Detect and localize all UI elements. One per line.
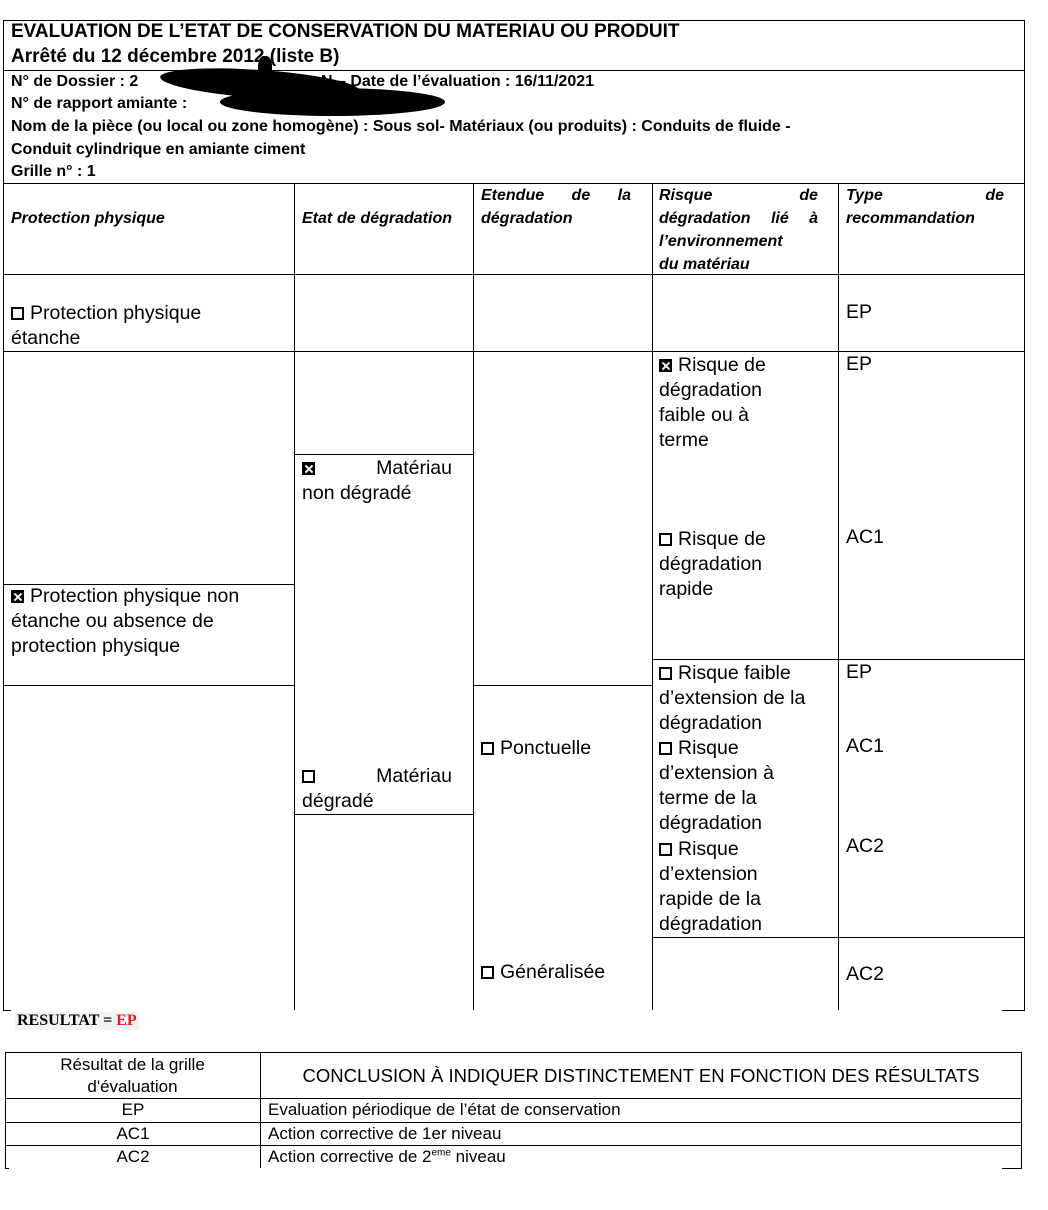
- checkbox-unchecked-icon[interactable]: [11, 307, 24, 320]
- option-extension-terme[interactable]: Risque d’extension à terme de la dégrada…: [659, 736, 799, 836]
- checkbox-unchecked-icon[interactable]: [302, 770, 315, 783]
- grid-number: Grille n° : 1: [11, 161, 96, 184]
- checkbox-unchecked-icon[interactable]: [659, 742, 672, 755]
- option-extension-faible[interactable]: Risque faible d’extension de la dégradat…: [659, 661, 819, 736]
- col-header-reco-l2: recommandation: [846, 207, 1004, 230]
- col-header-etendue-l2: dégradation: [481, 207, 631, 230]
- checkbox-checked-icon[interactable]: [11, 590, 24, 603]
- row-divider: [652, 937, 1025, 938]
- col-header-risque-l3: l’environnement: [659, 230, 818, 253]
- result-summary: RESULTAT = EP: [15, 1012, 139, 1030]
- redaction-mark: [220, 88, 445, 116]
- document-title: EVALUATION DE L’ETAT DE CONSERVATION DU …: [11, 21, 680, 43]
- option-risque-rapide[interactable]: Risque de dégradation rapide: [659, 527, 799, 602]
- option-label: Risque de dégradation faible ou à terme: [659, 354, 766, 451]
- col-header-etat-text: Etat de dégradation: [302, 210, 452, 227]
- legend-bottom-right: [1002, 1168, 1022, 1169]
- col-header-risque-l2: dégradation lié à: [659, 207, 818, 230]
- option-protection-etanche[interactable]: Protection physique étanche: [11, 301, 271, 351]
- checkbox-unchecked-icon[interactable]: [481, 742, 494, 755]
- checkbox-unchecked-icon[interactable]: [659, 843, 672, 856]
- room-material-line1: Nom de la pièce (ou local ou zone homogè…: [11, 116, 791, 139]
- legend-bottom-left: [5, 1168, 9, 1169]
- redaction-mark: [258, 56, 272, 82]
- option-line-2: non dégradé: [302, 481, 452, 506]
- col-divider: [652, 183, 653, 1010]
- option-label: Protection physique étanche: [11, 302, 201, 349]
- header-row-divider: [3, 274, 1025, 275]
- option-label: Risque de dégradation rapide: [659, 528, 766, 600]
- recommendation-etanche: EP: [846, 300, 872, 325]
- dossier-number-label: N° de Dossier : 2: [11, 71, 138, 94]
- option-word-1: Matériau: [376, 764, 452, 789]
- legend-header-conclusion: CONCLUSION À INDIQUER DISTINCTEMENT EN F…: [261, 1065, 1021, 1087]
- row-divider: [294, 814, 473, 815]
- option-generalisee[interactable]: Généralisée: [481, 960, 605, 985]
- option-materiau-degrade[interactable]: Matériau dégradé: [302, 764, 452, 814]
- col-header-etat: Etat de dégradation: [302, 207, 452, 230]
- bottom-corner-left: [3, 1010, 11, 1011]
- checkbox-checked-icon[interactable]: [302, 462, 315, 475]
- result-label: RESULTAT =: [17, 1012, 116, 1029]
- checkbox-unchecked-icon[interactable]: [659, 533, 672, 546]
- legend-text-ac2: Action corrective de 2eme niveau: [268, 1146, 506, 1168]
- col-header-risque-l4: du matériau: [659, 253, 818, 276]
- checkbox-unchecked-icon[interactable]: [659, 667, 672, 680]
- legend-header-result: Résultat de la grille d'évaluation: [30, 1054, 235, 1098]
- asbestos-report-label: N° de rapport amiante :: [11, 93, 187, 116]
- bottom-corner-right: [1002, 1010, 1025, 1011]
- option-line: Matériau: [302, 764, 452, 789]
- row-divider: [294, 454, 473, 455]
- col-divider: [838, 183, 839, 1010]
- option-label: Risque d’extension rapide de la dégradat…: [659, 838, 762, 935]
- col-header-recommandation: Type derecommandation: [846, 184, 1004, 230]
- frame-left: [3, 20, 4, 1010]
- legend-text-ac2-after: niveau: [451, 1147, 506, 1166]
- legend-text-ac2-before: Action corrective de 2: [268, 1147, 431, 1166]
- col-header-etendue-l1: Etendue de la: [481, 184, 631, 207]
- recommendation-extension-terme: AC1: [846, 734, 884, 759]
- option-label: Risque faible d’extension de la dégradat…: [659, 662, 805, 734]
- col-divider: [294, 183, 295, 1010]
- document-subtitle: Arrêté du 12 décembre 2012 (liste B): [11, 46, 339, 68]
- col-header-risque: Risque dedégradation lié àl’environnemen…: [659, 184, 818, 276]
- checkbox-unchecked-icon[interactable]: [481, 966, 494, 979]
- recommendation-extension-rapide: AC2: [846, 834, 884, 859]
- legend-code-ac1: AC1: [6, 1123, 260, 1145]
- option-line-2: dégradé: [302, 789, 452, 814]
- recommendation-extension-faible: EP: [846, 660, 872, 685]
- legend-code-ep: EP: [6, 1099, 260, 1121]
- option-extension-rapide[interactable]: Risque d’extension rapide de la dégradat…: [659, 837, 799, 937]
- option-word-1: Matériau: [376, 456, 452, 481]
- col-header-risque-l1: Risque de: [659, 184, 818, 207]
- col-header-etendue: Etendue de ladégradation: [481, 184, 631, 230]
- option-label: Ponctuelle: [500, 737, 591, 759]
- legend-code-ac2: AC2: [6, 1146, 260, 1168]
- option-label: Généralisée: [500, 961, 605, 983]
- row-divider: [652, 659, 1025, 660]
- col-divider: [473, 183, 474, 1010]
- legend-text-ac1: Action corrective de 1er niveau: [268, 1123, 501, 1145]
- option-protection-non-etanche[interactable]: Protection physique non étanche ou absen…: [11, 584, 286, 659]
- col-header-protection: Protection physique: [11, 207, 286, 230]
- col-header-reco-l1: Type de: [846, 184, 1004, 207]
- row-divider: [3, 685, 294, 686]
- option-label: Protection physique non étanche ou absen…: [11, 585, 239, 657]
- legend-top: [5, 1052, 1022, 1053]
- option-materiau-non-degrade[interactable]: Matériau non dégradé: [302, 456, 452, 506]
- option-ponctuelle[interactable]: Ponctuelle: [481, 736, 591, 761]
- result-value: EP: [116, 1012, 136, 1029]
- checkbox-checked-icon[interactable]: [659, 359, 672, 372]
- room-material-line2: Conduit cylindrique en amiante ciment: [11, 139, 305, 162]
- row-divider: [473, 685, 652, 686]
- legend-text-ac2-sup: eme: [431, 1147, 450, 1158]
- recommendation-risque-rapide: AC1: [846, 525, 884, 550]
- option-label: Risque d’extension à terme de la dégrada…: [659, 737, 774, 834]
- legend-right: [1021, 1052, 1022, 1168]
- recommendation-generalisee: AC2: [846, 962, 884, 987]
- option-line: Matériau: [302, 456, 452, 481]
- option-risque-faible-terme[interactable]: Risque de dégradation faible ou à terme: [659, 353, 799, 453]
- recommendation-risque-faible: EP: [846, 352, 872, 377]
- legend-text-ep: Evaluation périodique de l’état de conse…: [268, 1099, 621, 1121]
- frame-right: [1024, 20, 1025, 1011]
